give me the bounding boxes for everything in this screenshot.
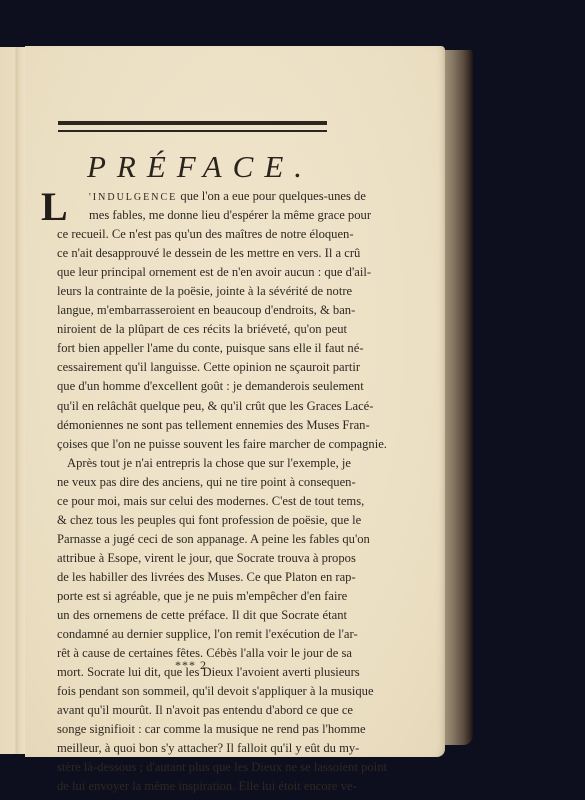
first-word: 'INDULGENCE bbox=[89, 192, 177, 203]
text-line: Après tout je n'ai entrepris la chose qu… bbox=[57, 454, 347, 473]
text-line: stère là-dessous ; d'autant plus que les… bbox=[57, 758, 347, 777]
text-line: que d'un homme d'excellent goût : je dem… bbox=[57, 377, 347, 396]
book-scan: PRÉFACE. L 'INDULGENCE que l'on a eue po… bbox=[0, 0, 585, 800]
text-line: & chez tous les peuples qui font profess… bbox=[57, 511, 347, 530]
ornamental-rule-thin bbox=[58, 130, 327, 132]
page-title: PRÉFACE. bbox=[25, 149, 375, 185]
text-line: porte est si agréable, que je ne puis m'… bbox=[57, 587, 347, 606]
text-line: ne veux pas dire des anciens, qui ne tir… bbox=[57, 473, 347, 492]
text-line: fois pendant son sommeil, qu'il devoit s… bbox=[57, 682, 347, 701]
text-line: niroient de la plûpart de ces récits la … bbox=[57, 320, 347, 339]
text-line: condamné au dernier supplice, l'on remit… bbox=[57, 625, 347, 644]
ornamental-rule-thick bbox=[58, 121, 327, 125]
text-line: mes fables, me donne lieu d'espérer la m… bbox=[57, 206, 347, 225]
drop-cap: L bbox=[41, 189, 68, 225]
text-line: meilleur, à quoi bon s'y attacher? Il fa… bbox=[57, 739, 347, 758]
text-line: leurs la contrainte de la poësie, jointe… bbox=[57, 282, 347, 301]
text-line: çoises que l'on ne puisse souvent les fa… bbox=[57, 435, 347, 454]
text-line: ce n'ait desapprouvé le dessein de les m… bbox=[57, 244, 347, 263]
text-line: un des ornemens de cette préface. Il dit… bbox=[57, 606, 347, 625]
text-line: démoniennes ne sont pas tellement ennemi… bbox=[57, 416, 347, 435]
text-line: avant qu'il mourût. Il n'avoit pas enten… bbox=[57, 701, 347, 720]
text-line: que leur principal ornement est de n'en … bbox=[57, 263, 347, 282]
left-page-edge bbox=[0, 47, 26, 754]
text-line: 'INDULGENCE que l'on a eue pour quelques… bbox=[57, 187, 347, 206]
text-line: de les habiller des livrées des Muses. C… bbox=[57, 568, 347, 587]
book-page: PRÉFACE. L 'INDULGENCE que l'on a eue po… bbox=[25, 46, 445, 757]
text-line: cessairement qu'il languisse. Cette opin… bbox=[57, 358, 347, 377]
text-line: de lui envoyer la même inspiration. Elle… bbox=[57, 777, 347, 796]
signature-mark: *** 2 bbox=[175, 658, 255, 673]
text-line: qu'il en relâchât quelque peu, & qu'il c… bbox=[57, 397, 347, 416]
text-line: songe signifioit : car comme la musique … bbox=[57, 720, 347, 739]
text-line: langue, m'embarrasseroient en beaucoup d… bbox=[57, 301, 347, 320]
text-line: ce recueil. Ce n'est pas qu'un des maîtr… bbox=[57, 225, 347, 244]
text-line: Parnasse a jugé ceci de son appanage. A … bbox=[57, 530, 347, 549]
text-line-content: que l'on a eue pour quelques-unes de bbox=[177, 189, 366, 203]
text-line: ce pour moi, mais sur celui des modernes… bbox=[57, 492, 347, 511]
preface-body: L 'INDULGENCE que l'on a eue pour quelqu… bbox=[57, 187, 347, 797]
text-line: attribue à Esope, virent le jour, que So… bbox=[57, 549, 347, 568]
text-line: fort bien appeller l'ame du conte, puisq… bbox=[57, 339, 347, 358]
